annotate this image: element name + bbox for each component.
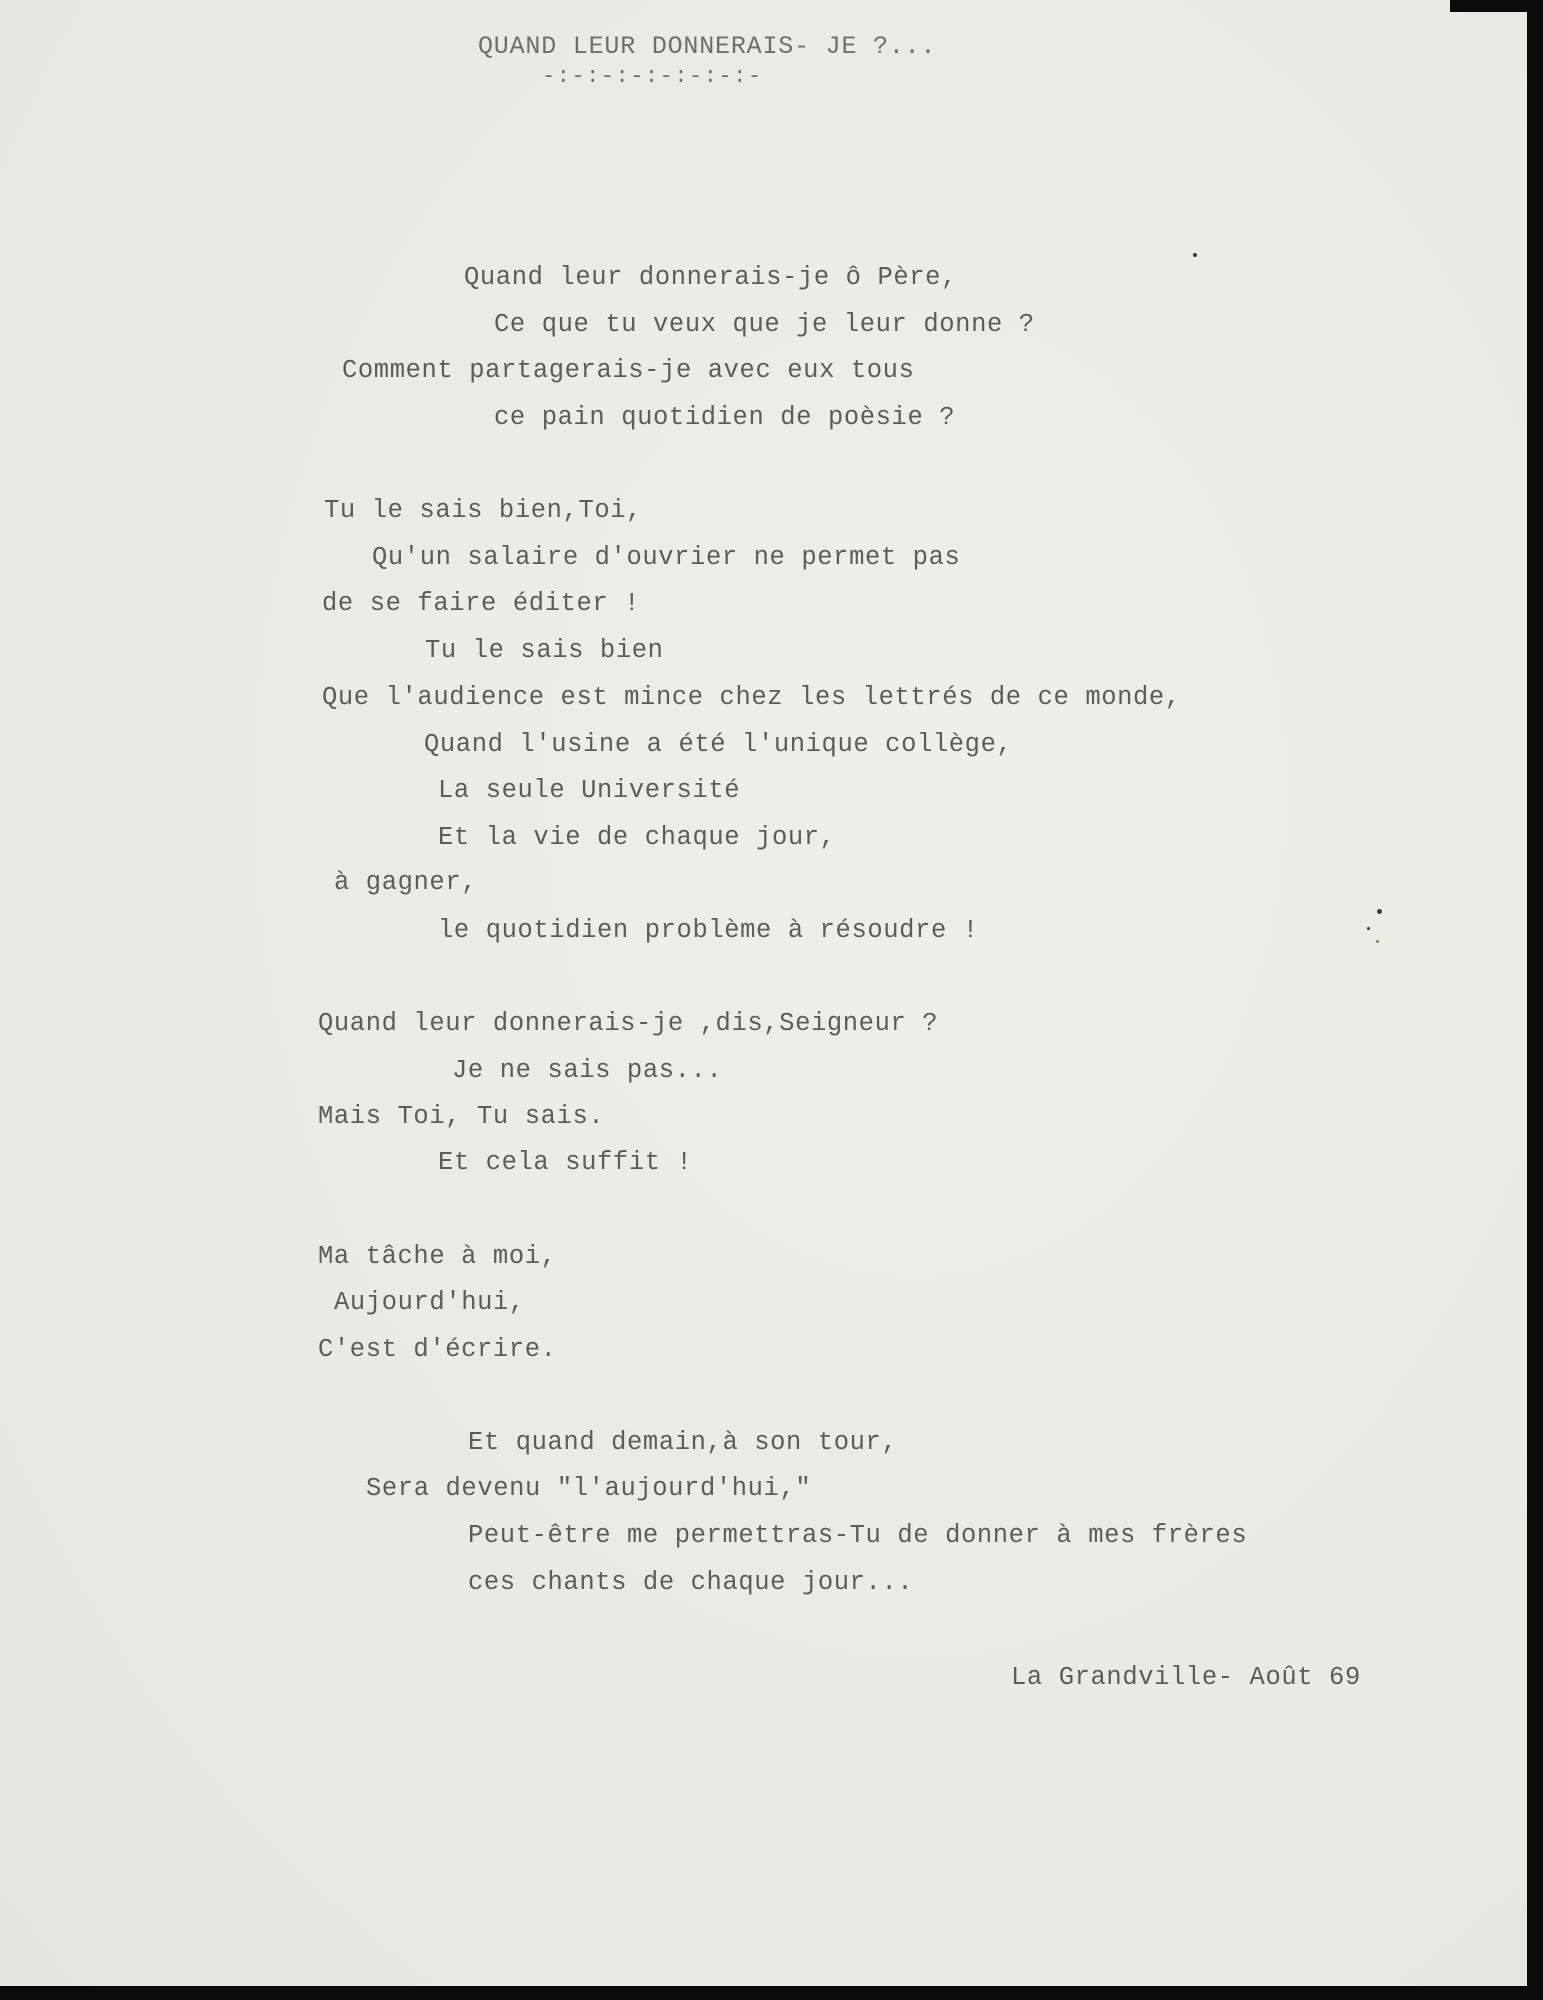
paper-speck bbox=[1193, 253, 1197, 257]
poem-line: Que l'audience est mince chez les lettré… bbox=[322, 685, 1181, 711]
poem-line: ces chants de chaque jour... bbox=[468, 1570, 913, 1596]
signature-place-date: La Grandville- Août 69 bbox=[1011, 1665, 1361, 1691]
title-divider: -:-:-:-:-:-:-:- bbox=[542, 66, 763, 88]
poem-line: Tu le sais bien,Toi, bbox=[324, 498, 642, 524]
poem-line: Et la vie de chaque jour, bbox=[438, 825, 836, 851]
poem-line: de se faire éditer ! bbox=[322, 591, 640, 617]
poem-line: Comment partagerais-je avec eux tous bbox=[342, 358, 915, 384]
poem-line: Je ne sais pas... bbox=[452, 1058, 722, 1084]
poem-line: Quand l'usine a été l'unique collège, bbox=[424, 732, 1012, 758]
poem-line: Ce que tu veux que je leur donne ? bbox=[494, 312, 1035, 338]
poem-line: Quand leur donnerais-je ô Père, bbox=[464, 265, 957, 291]
poem-title: QUAND LEUR DONNERAIS- JE ?... bbox=[478, 34, 936, 59]
poem-line: Peut-être me permettras-Tu de donner à m… bbox=[468, 1523, 1247, 1549]
poem-line: Et quand demain,à son tour, bbox=[468, 1430, 897, 1456]
poem-line: Sera devenu "l'aujourd'hui," bbox=[366, 1476, 811, 1502]
poem-line: à gagner, bbox=[334, 870, 477, 896]
poem-line: le quotidien problème à résoudre ! bbox=[438, 918, 979, 944]
poem-line: Qu'un salaire d'ouvrier ne permet pas bbox=[372, 545, 960, 571]
scan-border bbox=[1450, 0, 1543, 12]
paper-speck bbox=[1367, 927, 1370, 930]
poem-line: Tu le sais bien bbox=[425, 638, 664, 664]
poem-line: ce pain quotidien de poèsie ? bbox=[494, 405, 955, 431]
typewritten-page: QUAND LEUR DONNERAIS- JE ?... -:-:-:-:-:… bbox=[0, 0, 1527, 1986]
poem-line: Et cela suffit ! bbox=[438, 1150, 692, 1176]
paper-speck bbox=[1376, 940, 1379, 943]
poem-line: La seule Université bbox=[438, 778, 740, 804]
poem-line: Mais Toi, Tu sais. bbox=[318, 1104, 604, 1130]
poem-line: C'est d'écrire. bbox=[318, 1337, 557, 1363]
poem-line: Ma tâche à moi, bbox=[318, 1244, 557, 1270]
poem-line: Quand leur donnerais-je ,dis,Seigneur ? bbox=[318, 1011, 938, 1037]
paper-speck bbox=[1377, 909, 1382, 914]
poem-line: Aujourd'hui, bbox=[334, 1290, 525, 1316]
